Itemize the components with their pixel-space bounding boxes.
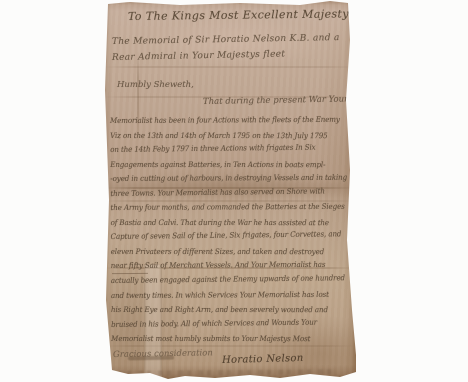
body-line: Capture of seven Sail of the Line, Six f…: [111, 228, 353, 245]
body-line: Memorialist most humbly submits to Your …: [111, 332, 353, 347]
body-line: bruised in his body. All of which Servic…: [111, 315, 353, 332]
body-line: Memorialist has been in four Actions wit…: [110, 113, 352, 129]
document-title: To The Kings Most Excellent Majesty: [128, 7, 349, 23]
body-line: the Army four months, and commanded the …: [110, 200, 352, 216]
ink-smudge: [128, 356, 174, 360]
body-line: three Towns. Your Memorialist has also s…: [110, 184, 352, 201]
signature: Horatio Nelson: [222, 353, 304, 366]
body-line: eleven Privateers of different Sizes, an…: [111, 245, 353, 260]
manuscript-photo: To The Kings Most Excellent Majesty The …: [0, 0, 468, 382]
body-line: on the 14th Feby 1797 in three Actions w…: [110, 140, 352, 157]
body-line: and twenty times. In which Services Your…: [111, 287, 353, 303]
body-line: Engagements against Batteries, in Ten Ac…: [110, 158, 352, 173]
opening-line: That during the present War Your: [203, 94, 348, 107]
body-text: Memorialist has been in four Actions wit…: [110, 113, 353, 347]
memorial-header-line-1: The Memorial of Sir Horatio Nelson K.B. …: [112, 33, 340, 47]
fold-crease: [104, 66, 356, 68]
manuscript-paper: To The Kings Most Excellent Majesty The …: [104, 1, 356, 380]
faded-docket-line: [118, 369, 336, 376]
salutation: Humbly Sheweth,: [117, 80, 194, 90]
